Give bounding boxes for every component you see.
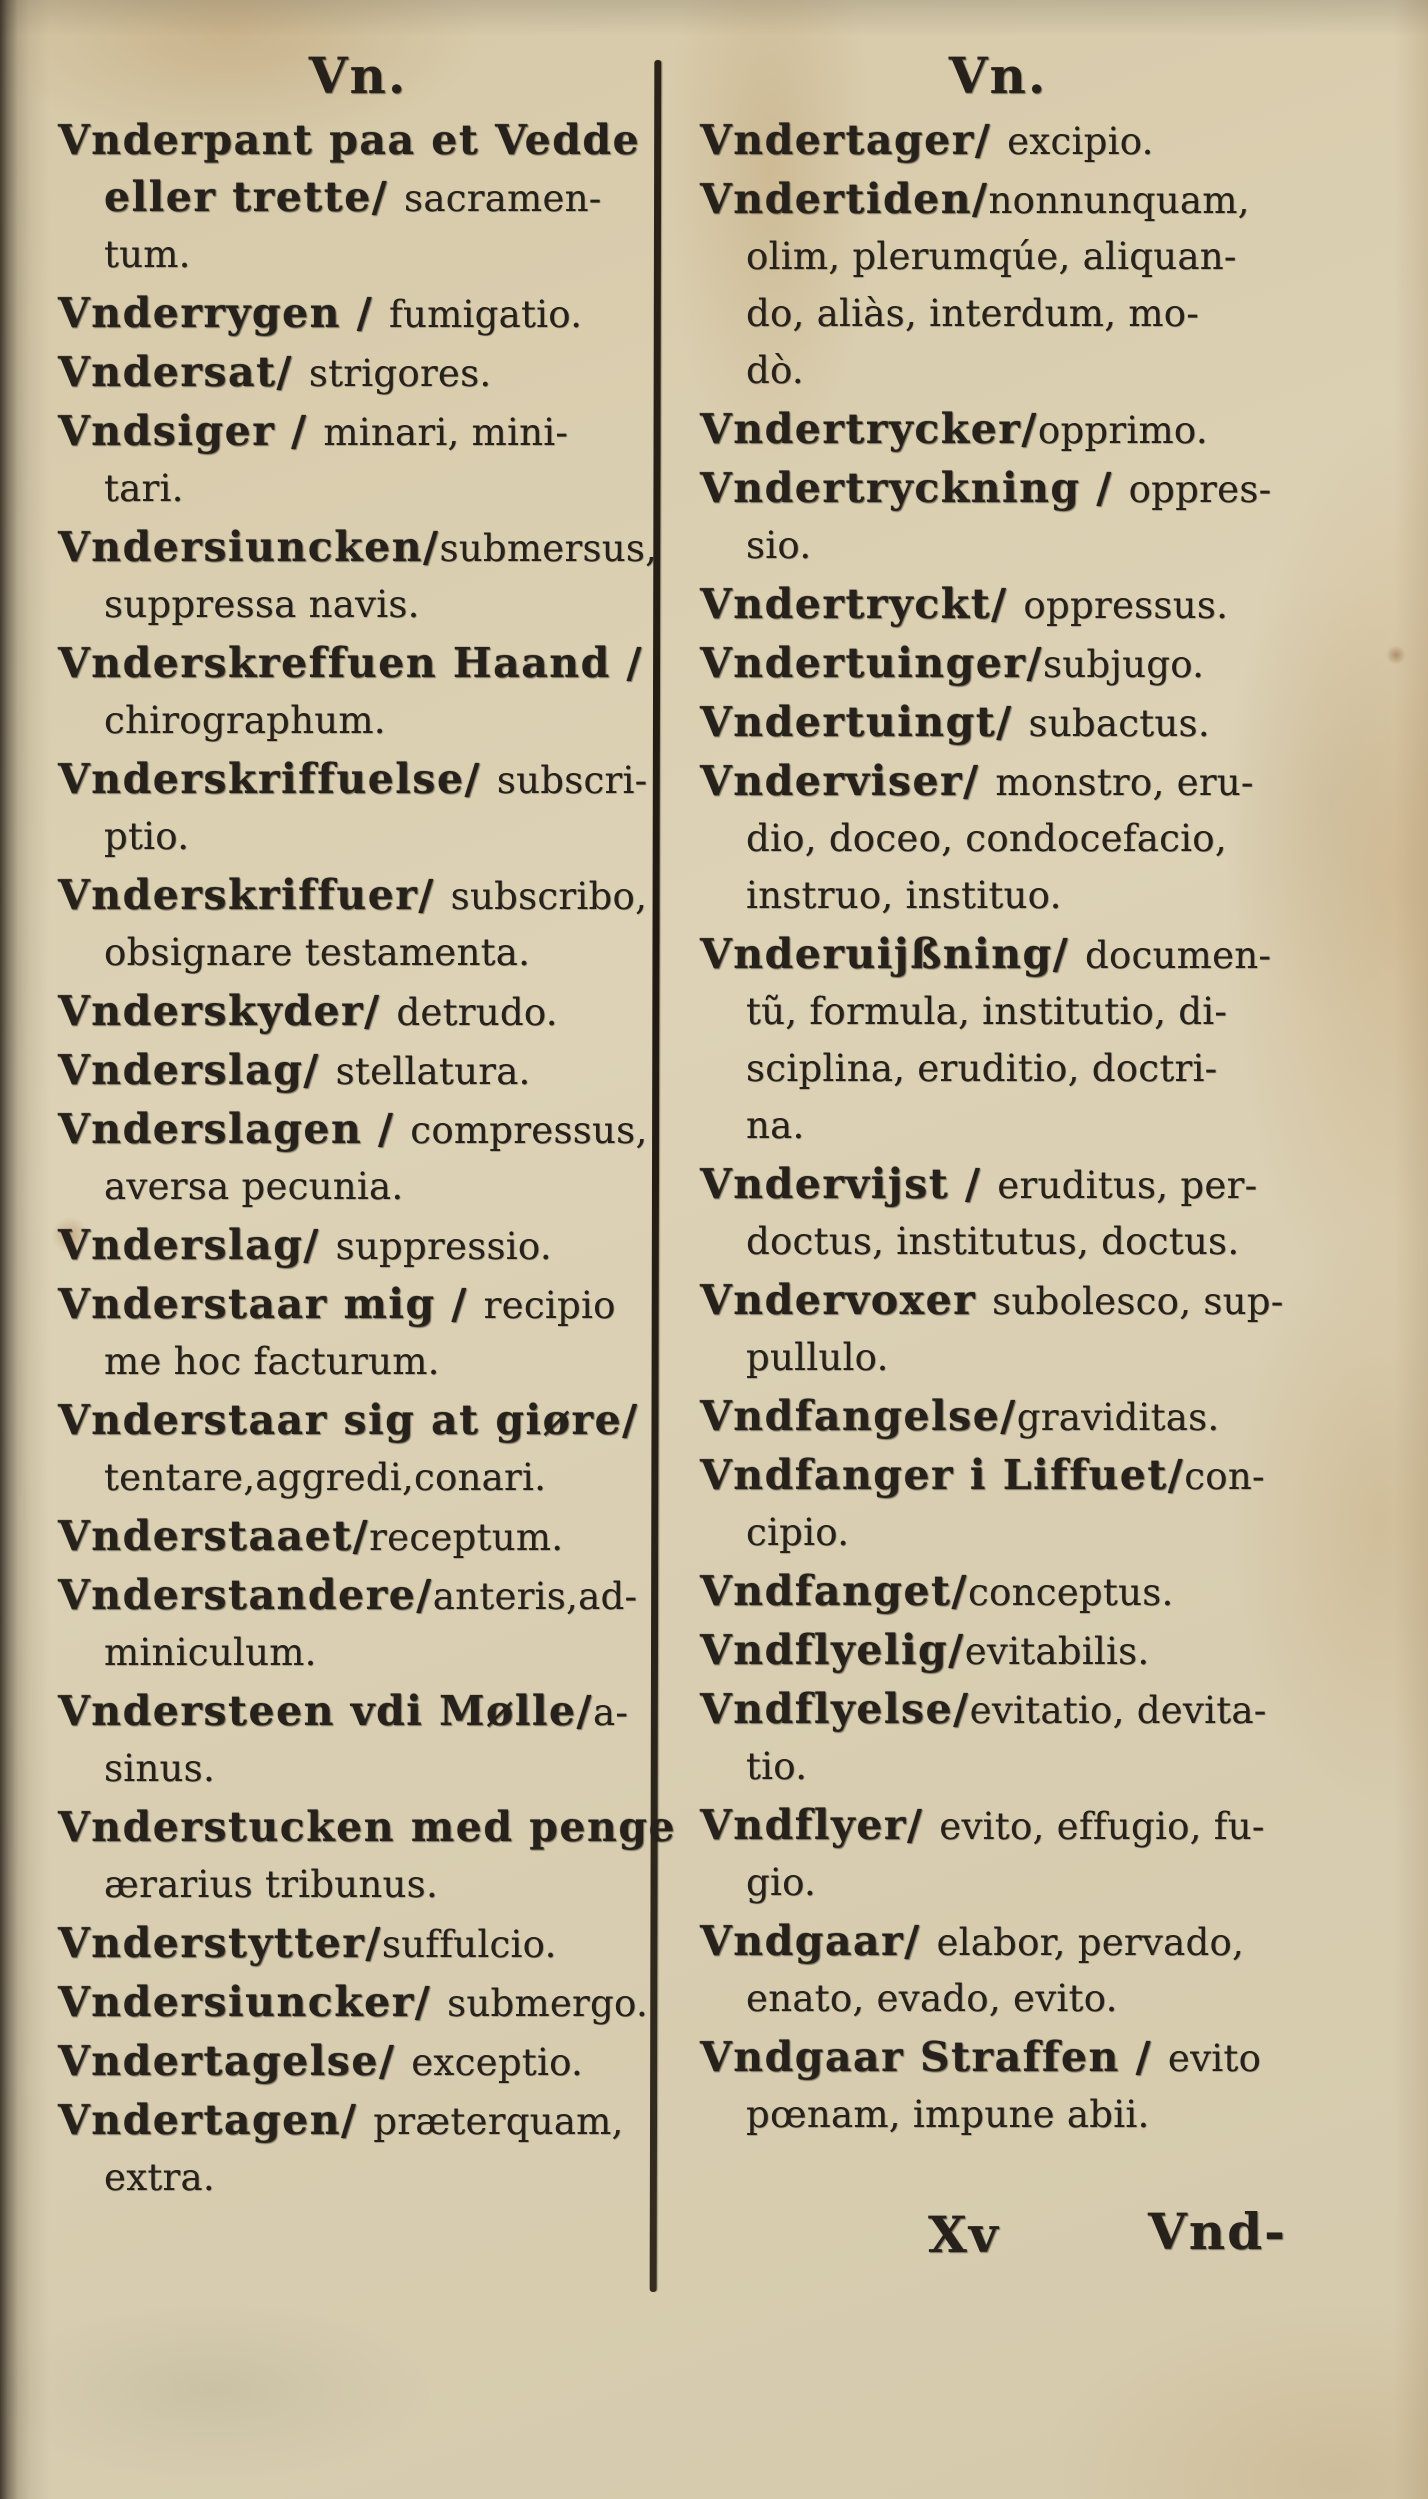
entry-line: enato, evado, evito. [700,1970,1376,2027]
gloss-text: oppressus. [1023,584,1228,627]
entry-line: sciplina, eruditio, doctri- [700,1040,1376,1097]
gloss-text: elabor, pervado, [936,1921,1244,1964]
dictionary-entry: Vnderskyder/ detrudo. [58,983,658,1040]
gloss-text: obsignare testamenta. [104,931,530,974]
gloss-text: gio. [746,1861,816,1904]
gloss-text: dò. [746,349,804,392]
gloss-text: graviditas. [1017,1396,1220,1439]
headword-text: Vndervijst / [700,1160,997,1208]
gloss-text: submersus, [440,527,658,570]
headword-text: Vnderpant paa et Vedde [58,116,640,164]
dictionary-entry: Vndflyelig/evitabilis. [700,1622,1376,1679]
entry-line: cipio. [700,1504,1376,1561]
headword-text: Vndfangelse/ [700,1392,1017,1440]
gloss-text: præterquam, [373,2100,623,2143]
headword-text: Vndertryckt/ [700,580,1023,628]
headword-text: eller trette/ [104,173,404,221]
entry-line: Vndfanger i Liffuet/con- [700,1447,1376,1504]
entry-line: Vndertrycker/opprimo. [700,401,1376,458]
entry-line: Vndersiuncken/submersus, [58,519,658,576]
gloss-text: submergo. [447,1982,648,2025]
entry-line: chirographum. [58,692,658,749]
gloss-text: aversa pecunia. [104,1165,403,1208]
entry-line: Vndertuingt/ subactus. [700,694,1376,751]
gloss-text: cipio. [746,1511,849,1554]
dictionary-entry: Vndersiuncker/ submergo. [58,1974,658,2031]
gloss-text: pullulo. [746,1336,889,1379]
dictionary-entry: Vnderpant paa et Veddeeller trette/ sacr… [58,112,658,283]
gloss-text: recipio [484,1284,616,1327]
gloss-text: strigores. [309,352,492,395]
dictionary-entry: Vndertiden/nonnunquam,olim, plerumqúe, a… [700,171,1376,399]
gloss-text: miniculum. [104,1631,317,1674]
headword-text: Vndertagen/ [58,2096,373,2144]
entry-line: instruo, instituo. [700,867,1376,924]
headword-text: Vnderrygen / [58,289,389,337]
entry-line: Vndfanget/conceptus. [700,1563,1376,1620]
dictionary-entry: Vndertuingt/ subactus. [700,694,1376,751]
gloss-text: opprimo. [1038,409,1208,452]
dictionary-entry: Vndertager/ excipio. [700,112,1376,169]
entry-line: Vndertager/ excipio. [700,112,1376,169]
gloss-text: suppressio. [336,1225,552,1268]
gloss-text: stellatura. [336,1050,531,1093]
entry-line: pœnam, impune abii. [700,2086,1376,2143]
entry-line: doctus, institutus, doctus. [700,1213,1376,1270]
gloss-text: chirographum. [104,699,386,742]
gloss-text: enato, evado, evito. [746,1977,1118,2020]
left-column: Vn. Vnderpant paa et Veddeeller trette/ … [58,46,658,2208]
entry-line: extra. [58,2149,658,2206]
gloss-text: tio. [746,1745,807,1788]
dictionary-entry: Vndflyer/ evito, effugio, fu-gio. [700,1797,1376,1911]
dictionary-entry: Vndertagen/ præterquam,extra. [58,2092,658,2206]
dictionary-entry: Vndersiuncken/submersus,suppressa navis. [58,519,658,633]
entry-line: dò. [700,342,1376,399]
gloss-text: subjugo. [1043,643,1204,686]
dictionary-entry: Vnderuijßning/ documen-tũ, formula, inst… [700,926,1376,1154]
gloss-text: exceptio. [411,2041,583,2084]
entry-line: Vnderskriffuer/ subscribo, [58,867,658,924]
gloss-text: conceptus. [968,1571,1174,1614]
gloss-text: doctus, institutus, doctus. [746,1220,1239,1263]
dictionary-entry: Vndfanger i Liffuet/con-cipio. [700,1447,1376,1561]
dictionary-entry: Vndertryckning / oppres-sio. [700,460,1376,574]
gloss-text: sinus. [104,1747,215,1790]
entry-line: tũ, formula, institutio, di- [700,983,1376,1040]
gloss-text: ærarius tribunus. [104,1863,438,1906]
dictionary-entry: Vnderstucken med pengeærarius tribunus. [58,1799,658,1913]
gloss-text: nonnunquam, [989,179,1250,222]
gloss-text: evitabilis. [965,1630,1150,1673]
gloss-text: extra. [104,2156,215,2199]
gloss-text: monstro, eru- [995,761,1253,804]
entry-line: Vnderrygen / fumigatio. [58,285,658,342]
headword-text: Vndersat/ [58,348,309,396]
entry-line: Vndersat/ strigores. [58,344,658,401]
entry-line: olim, plerumqúe, aliquan- [700,228,1376,285]
dictionary-entry: Vnderskriffuer/ subscribo,obsignare test… [58,867,658,981]
headword-text: Vnderslag/ [58,1046,336,1094]
headword-text: Vnderstytter/ [58,1919,382,1967]
entry-line: suppressa navis. [58,576,658,633]
entry-line: eller trette/ sacramen- [58,169,658,226]
gloss-text: tũ, formula, institutio, di- [746,990,1227,1033]
entry-line: Vnderskriffuelse/ subscri- [58,751,658,808]
headword-text: Vndgaar/ [700,1917,936,1965]
headword-text: Vndertager/ [700,116,1007,164]
left-entries: Vnderpant paa et Veddeeller trette/ sacr… [58,112,658,2206]
dictionary-entry: Vnderviser/ monstro, eru-dio, doceo, con… [700,753,1376,924]
dictionary-entry: Vndersteen vdi Mølle/a-sinus. [58,1683,658,1797]
gloss-text: subscribo, [451,875,647,918]
dictionary-entry: Vndertryckt/ oppressus. [700,576,1376,633]
entry-line: na. [700,1097,1376,1154]
gloss-text: excipio. [1007,120,1154,163]
entry-line: Vndervoxer subolesco, sup- [700,1272,1376,1329]
headword-text: Vndersiuncker/ [58,1978,447,2026]
entry-line: Vnderpant paa et Vedde [58,112,658,169]
headword-text: Vnderslagen / [58,1105,410,1153]
dictionary-entry: Vndertagelse/ exceptio. [58,2033,658,2090]
dictionary-entry: Vnderslag/ suppressio. [58,1217,658,1274]
entry-line: Vnderstandere/anteris,ad- [58,1567,658,1624]
gloss-text: tum. [104,233,191,276]
catchword: Vnd- [1148,2202,1287,2261]
dictionary-entry: Vnderstaar mig / recipiome hoc facturum. [58,1276,658,1390]
entry-line: Vnderuijßning/ documen- [700,926,1376,983]
entry-line: Vndgaar/ elabor, pervado, [700,1913,1376,1970]
entry-line: Vndersiuncker/ submergo. [58,1974,658,2031]
entry-line: Vnderskyder/ detrudo. [58,983,658,1040]
entry-line: Vndflyelse/evitatio, devita- [700,1681,1376,1738]
gloss-text: receptum. [369,1516,563,1559]
entry-line: Vndgaar Straffen / evito [700,2029,1376,2086]
gloss-text: detrudo. [396,991,557,1034]
entry-line: Vndervijst / eruditus, per- [700,1156,1376,1213]
gloss-text: sacramen- [404,177,602,220]
gloss-text: oppres- [1129,468,1272,511]
headword-text: Vnderviser/ [700,757,995,805]
scanned-dictionary-page: Vn. Vnderpant paa et Veddeeller trette/ … [0,0,1428,2499]
gloss-text: subscri- [497,759,648,802]
entry-line: Vnderslag/ stellatura. [58,1042,658,1099]
signature-mark: Xv [928,2205,1000,2264]
gloss-text: fumigatio. [389,293,582,336]
dictionary-entry: Vndfanget/conceptus. [700,1563,1376,1620]
entry-line: Vndflyer/ evito, effugio, fu- [700,1797,1376,1854]
headword-text: Vndflyelig/ [700,1626,965,1674]
gloss-text: evito, effugio, fu- [939,1805,1264,1848]
entry-line: Vnderskreffuen Haand / [58,635,658,692]
dictionary-entry: Vnderstytter/suffulcio. [58,1915,658,1972]
entry-line: Vndertryckt/ oppressus. [700,576,1376,633]
headword-text: Vnderskreffuen Haand / [58,639,643,687]
headword-text: Vnderskriffuer/ [58,871,451,919]
gloss-text: documen- [1085,934,1271,977]
gloss-text: pœnam, impune abii. [746,2093,1150,2136]
gloss-text: con- [1184,1455,1265,1498]
headword-text: Vnderskriffuelse/ [58,755,497,803]
entry-line: aversa pecunia. [58,1158,658,1215]
headword-text: Vndflyer/ [700,1801,939,1849]
dictionary-entry: Vnderstaar sig at giøre/tentare,aggredi,… [58,1392,658,1506]
right-column: Vn. Vndertager/ excipio.Vndertiden/nonnu… [700,46,1376,2145]
headword-text: Vnderslag/ [58,1221,336,1269]
dictionary-entry: Vndertuinger/subjugo. [700,635,1376,692]
entry-line: sinus. [58,1740,658,1797]
entry-line: Vndertryckning / oppres- [700,460,1376,517]
headword-text: Vnderstaar sig at giøre/ [58,1396,639,1444]
gloss-text: ptio. [104,815,189,858]
dictionary-entry: Vnderskriffuelse/ subscri-ptio. [58,751,658,865]
entry-line: Vndertuinger/subjugo. [700,635,1376,692]
gloss-text: dio, doceo, condocefacio, [746,817,1227,860]
headword-text: Vnderstaaet/ [58,1512,369,1560]
entry-line: ærarius tribunus. [58,1856,658,1913]
gloss-text: eruditus, per- [997,1164,1257,1207]
right-column-header: Vn. [660,46,1336,112]
entry-line: gio. [700,1854,1376,1911]
entry-line: Vndflyelig/evitabilis. [700,1622,1376,1679]
gloss-text: olim, plerumqúe, aliquan- [746,235,1237,278]
headword-text: Vndsiger / [58,407,323,455]
dictionary-entry: Vnderslagen / compressus,aversa pecunia. [58,1101,658,1215]
gloss-text: instruo, instituo. [746,874,1062,917]
headword-text: Vndfanget/ [700,1567,968,1615]
gloss-text: subactus. [1028,702,1209,745]
gloss-text: me hoc facturum. [104,1340,440,1383]
dictionary-entry: Vndsiger / minari, mini-tari. [58,403,658,517]
entry-line: do, aliàs, interdum, mo- [700,285,1376,342]
left-column-header: Vn. [58,46,658,112]
gloss-text: minari, mini- [323,411,568,454]
gloss-text: sciplina, eruditio, doctri- [746,1047,1217,1090]
dictionary-entry: Vndertrycker/opprimo. [700,401,1376,458]
dictionary-entry: Vnderstandere/anteris,ad-miniculum. [58,1567,658,1681]
gloss-text: a- [593,1691,628,1734]
entry-line: ptio. [58,808,658,865]
entry-line: Vnderstucken med penge [58,1799,658,1856]
headword-text: Vnderstucken med penge [58,1803,676,1851]
headword-text: Vndertuingt/ [700,698,1028,746]
gloss-text: do, aliàs, interdum, mo- [746,292,1199,335]
dictionary-entry: Vndgaar/ elabor, pervado,enato, evado, e… [700,1913,1376,2027]
dictionary-entry: Vnderslag/ stellatura. [58,1042,658,1099]
dictionary-entry: Vndervoxer subolesco, sup-pullulo. [700,1272,1376,1386]
gloss-text: anteris,ad- [433,1575,637,1618]
headword-text: Vnderstaar mig / [58,1280,484,1328]
entry-line: Vndfangelse/graviditas. [700,1388,1376,1445]
gloss-text: evito [1168,2037,1261,2080]
headword-text: Vnderstandere/ [58,1571,433,1619]
entry-line: Vndersteen vdi Mølle/a- [58,1683,658,1740]
entry-line: Vndertagen/ præterquam, [58,2092,658,2149]
entry-line: sio. [700,517,1376,574]
headword-text: Vnderskyder/ [58,987,396,1035]
headword-text: Vndflyelse/ [700,1685,970,1733]
gloss-text: evitatio, devita- [970,1689,1267,1732]
gloss-text: subolesco, sup- [992,1280,1284,1323]
entry-line: Vnderviser/ monstro, eru- [700,753,1376,810]
gloss-text: compressus, [410,1109,647,1152]
headword-text: Vndertuinger/ [700,639,1043,687]
entry-line: Vnderstytter/suffulcio. [58,1915,658,1972]
right-entries: Vndertager/ excipio.Vndertiden/nonnunqua… [700,112,1376,2143]
headword-text: Vndersiuncken/ [58,523,440,571]
dictionary-entry: Vndersat/ strigores. [58,344,658,401]
gloss-text: tari. [104,467,184,510]
headword-text: Vndertrycker/ [700,405,1038,453]
entry-line: tentare,aggredi,conari. [58,1449,658,1506]
entry-line: Vndertiden/nonnunquam, [700,171,1376,228]
dictionary-entry: Vndervijst / eruditus, per-doctus, insti… [700,1156,1376,1270]
entry-line: tum. [58,226,658,283]
gloss-text: suffulcio. [382,1923,557,1966]
dictionary-entry: Vndflyelse/evitatio, devita-tio. [700,1681,1376,1795]
entry-line: me hoc facturum. [58,1333,658,1390]
gloss-text: na. [746,1104,805,1147]
dictionary-entry: Vndfangelse/graviditas. [700,1388,1376,1445]
entry-line: Vnderslag/ suppressio. [58,1217,658,1274]
entry-line: Vnderstaaet/receptum. [58,1508,658,1565]
headword-text: Vndertagelse/ [58,2037,411,2085]
entry-line: dio, doceo, condocefacio, [700,810,1376,867]
headword-text: Vnderuijßning/ [700,930,1085,978]
headword-text: Vndervoxer [700,1276,992,1324]
headword-text: Vndgaar Straffen / [700,2033,1168,2081]
headword-text: Vndersteen vdi Mølle/ [58,1687,593,1735]
entry-line: Vndsiger / minari, mini- [58,403,658,460]
gloss-text: sio. [746,524,811,567]
entry-line: tari. [58,460,658,517]
headword-text: Vndfanger i Liffuet/ [700,1451,1184,1499]
dictionary-entry: Vnderskreffuen Haand /chirographum. [58,635,658,749]
entry-line: Vnderslagen / compressus, [58,1101,658,1158]
dictionary-entry: Vnderstaaet/receptum. [58,1508,658,1565]
headword-text: Vndertryckning / [700,464,1129,512]
entry-line: pullulo. [700,1329,1376,1386]
entry-line: Vndertagelse/ exceptio. [58,2033,658,2090]
gloss-text: tentare,aggredi,conari. [104,1456,546,1499]
entry-line: miniculum. [58,1624,658,1681]
entry-line: Vnderstaar sig at giøre/ [58,1392,658,1449]
entry-line: tio. [700,1738,1376,1795]
dictionary-entry: Vndgaar Straffen / evitopœnam, impune ab… [700,2029,1376,2143]
entry-line: obsignare testamenta. [58,924,658,981]
entry-line: Vnderstaar mig / recipio [58,1276,658,1333]
headword-text: Vndertiden/ [700,175,989,223]
gloss-text: suppressa navis. [104,583,420,626]
dictionary-entry: Vnderrygen / fumigatio. [58,285,658,342]
